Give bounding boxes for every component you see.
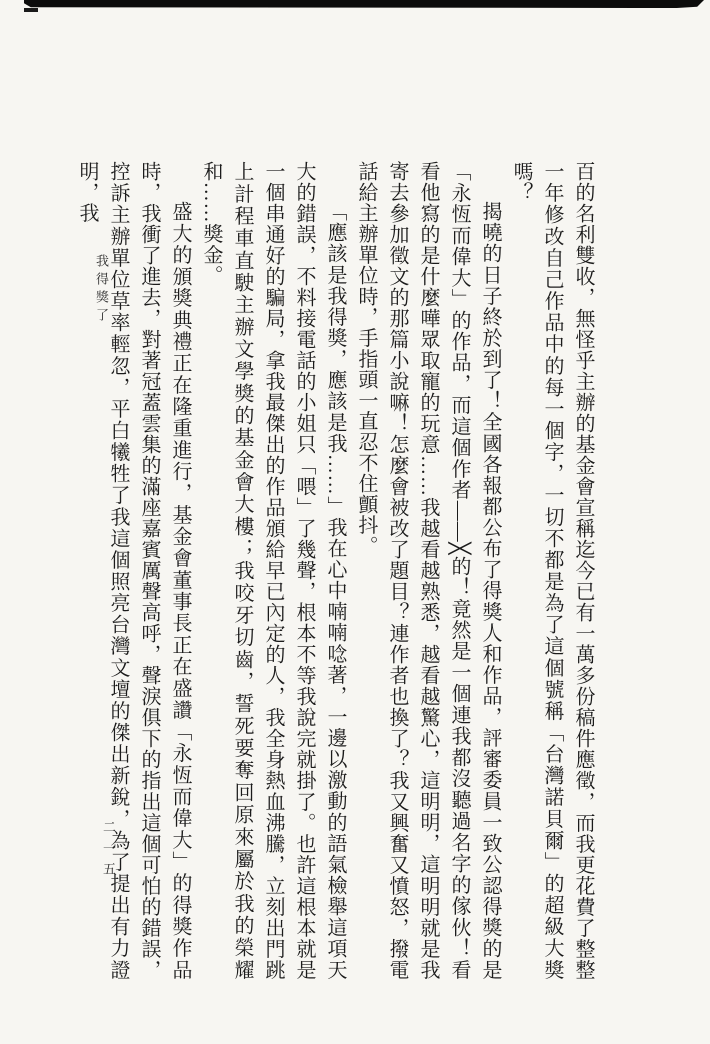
book-page: 我得獎了 百的名利雙收，無怪乎主辦的基金會宣稱迄今已有一萬多份稿件應徵，而我更花…: [0, 0, 710, 1044]
paragraph: 揭曉的日子終於到了！全國各報都公布了得獎人和作品，評審委員一致公認得獎的是「永恆…: [350, 161, 505, 980]
scan-artifact-speck: [24, 8, 38, 12]
body-text: 百的名利雙收，無怪乎主辦的基金會宣稱迄今已有一萬多份稿件應徵，而我更花費了整整一…: [71, 161, 598, 980]
paragraph: 盛大的頒獎典禮正在隆重進行，基金會董事長正在盛讚「永恆而偉大」的得獎作品時，我衝…: [71, 161, 195, 980]
paragraph: 「應該是我得獎，應該是我……」我在心中喃喃唸著，一邊以激動的語氣檢舉這項天大的錯…: [195, 161, 350, 980]
page-number: 二一五: [99, 820, 118, 883]
scan-artifact-band: [24, 0, 704, 8]
paragraph: 百的名利雙收，無怪乎主辦的基金會宣稱迄今已有一萬多份稿件應徵，而我更花費了整整一…: [505, 161, 598, 980]
